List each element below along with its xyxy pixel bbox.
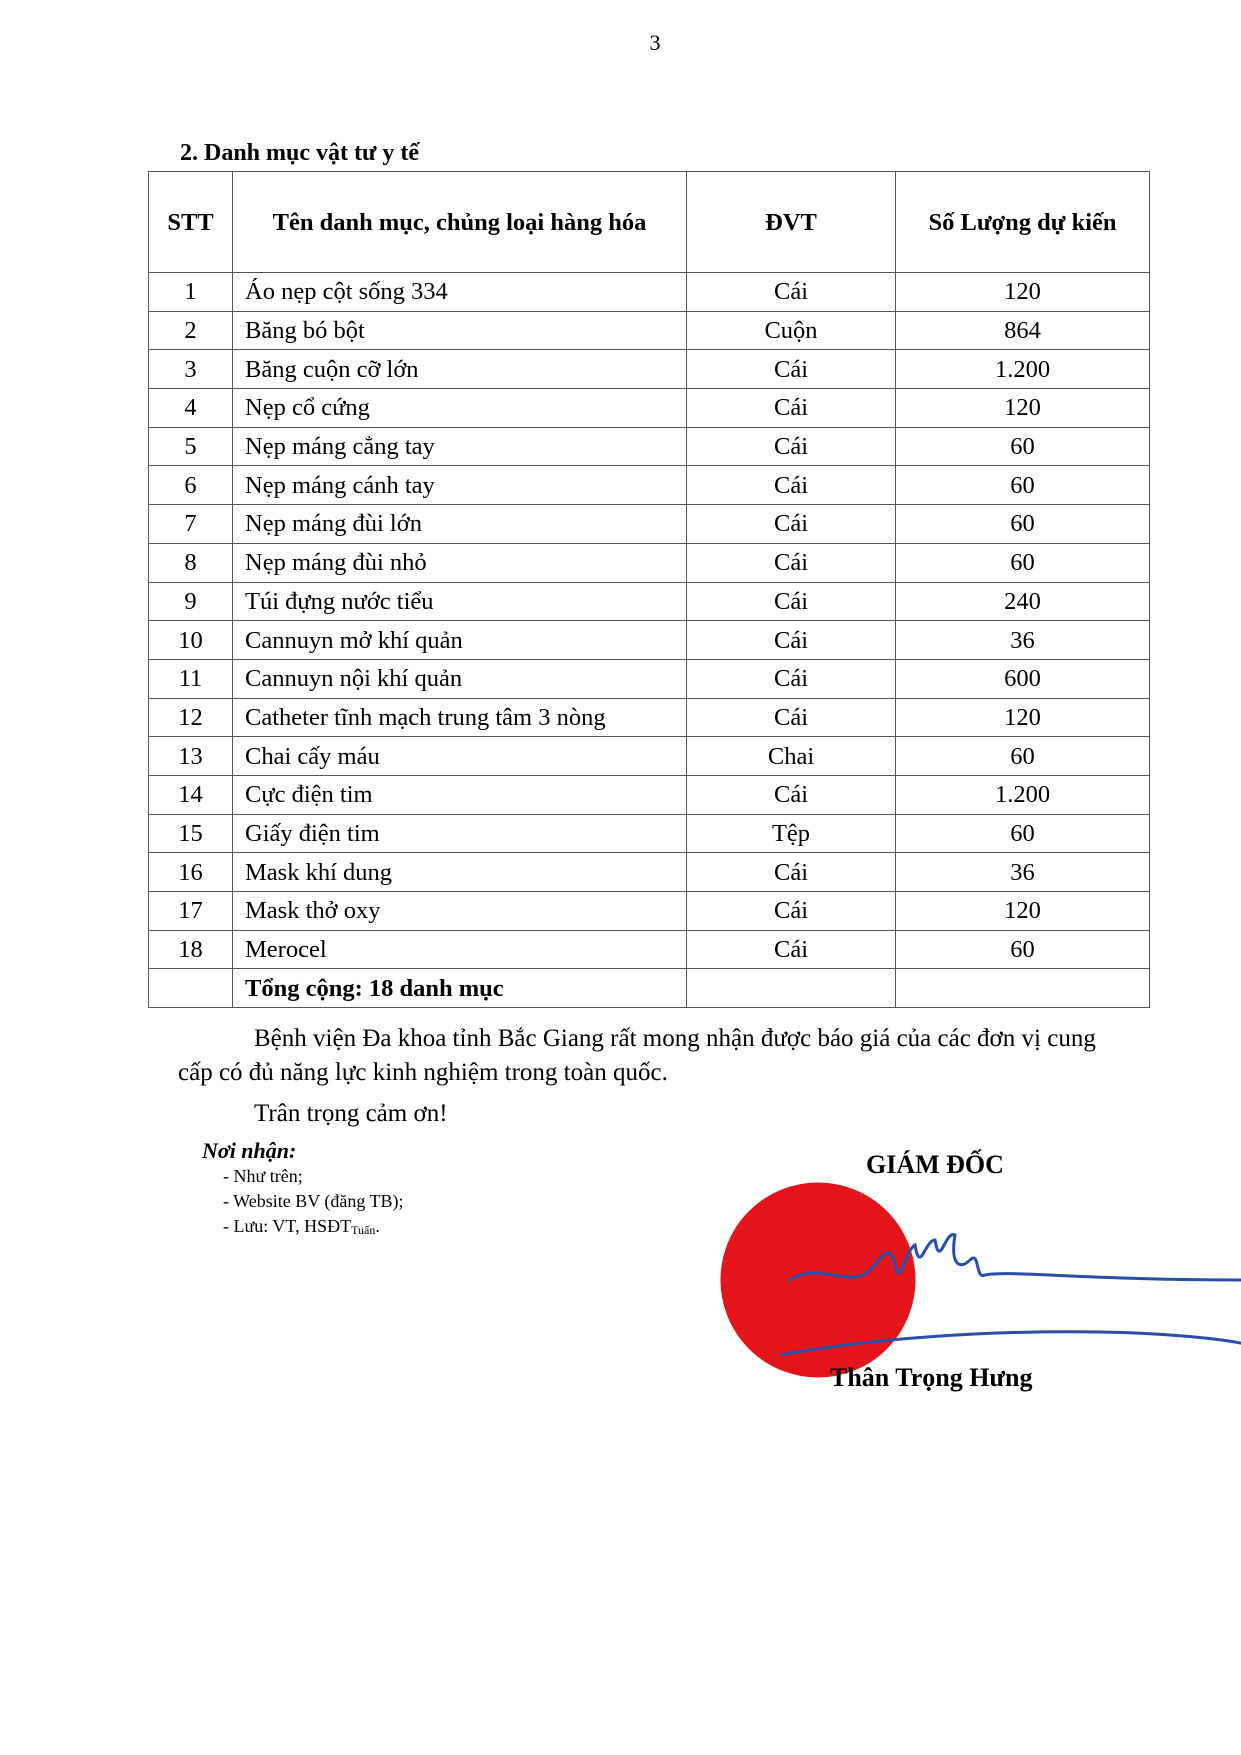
- row-unit: Cái: [687, 698, 896, 737]
- table-row: 7Nẹp máng đùi lớnCái60: [149, 505, 1150, 544]
- header-stt: STT: [149, 172, 233, 273]
- row-stt: 17: [149, 892, 233, 931]
- table-row: 10Cannuyn mở khí quảnCái36: [149, 621, 1150, 660]
- signer-position: GIÁM ĐỐC: [866, 1150, 1004, 1180]
- table-row: 2Băng bó bộtCuộn864: [149, 311, 1150, 350]
- row-quantity: 36: [896, 853, 1150, 892]
- row-quantity: 60: [896, 543, 1150, 582]
- row-item-name: Merocel: [233, 930, 687, 969]
- row-item-name: Băng bó bột: [233, 311, 687, 350]
- table-row: 1Áo nẹp cột sống 334Cái120: [149, 273, 1150, 312]
- row-quantity: 60: [896, 930, 1150, 969]
- row-stt: 16: [149, 853, 233, 892]
- medical-supplies-table: STT Tên danh mục, chủng loại hàng hóa ĐV…: [148, 171, 1150, 1008]
- table-row: 3Băng cuộn cỡ lớnCái1.200: [149, 350, 1150, 389]
- table-row: 16Mask khí dungCái36: [149, 853, 1150, 892]
- row-quantity: 60: [896, 466, 1150, 505]
- signature-icon: [780, 1220, 1241, 1360]
- row-stt: 18: [149, 930, 233, 969]
- total-label: Tổng cộng: 18 danh mục: [233, 969, 687, 1008]
- row-unit: Cái: [687, 659, 896, 698]
- table-row: 5Nẹp máng cẳng tayCái60: [149, 427, 1150, 466]
- table-total-row: Tổng cộng: 18 danh mục: [149, 969, 1150, 1008]
- row-quantity: 60: [896, 505, 1150, 544]
- row-unit: Cái: [687, 273, 896, 312]
- row-stt: 15: [149, 814, 233, 853]
- header-item-name: Tên danh mục, chủng loại hàng hóa: [233, 172, 687, 273]
- row-stt: 11: [149, 659, 233, 698]
- row-stt: 6: [149, 466, 233, 505]
- row-quantity: 60: [896, 737, 1150, 776]
- row-item-name: Nẹp máng cẳng tay: [233, 427, 687, 466]
- row-unit: Cái: [687, 892, 896, 931]
- row-quantity: 120: [896, 892, 1150, 931]
- row-unit: Cuộn: [687, 311, 896, 350]
- row-stt: 7: [149, 505, 233, 544]
- row-item-name: Áo nẹp cột sống 334: [233, 273, 687, 312]
- row-item-name: Cannuyn nội khí quản: [233, 659, 687, 698]
- row-unit: Cái: [687, 853, 896, 892]
- row-item-name: Nẹp máng đùi lớn: [233, 505, 687, 544]
- row-stt: 14: [149, 775, 233, 814]
- table-row: 13Chai cấy máuChai60: [149, 737, 1150, 776]
- table-row: 17Mask thở oxyCái120: [149, 892, 1150, 931]
- page-number: 3: [0, 30, 1241, 56]
- row-stt: 8: [149, 543, 233, 582]
- row-stt: 10: [149, 621, 233, 660]
- row-item-name: Nẹp máng đùi nhỏ: [233, 543, 687, 582]
- row-item-name: Băng cuộn cỡ lớn: [233, 350, 687, 389]
- row-unit: Cái: [687, 350, 896, 389]
- row-stt: 5: [149, 427, 233, 466]
- row-stt: 13: [149, 737, 233, 776]
- row-quantity: 1.200: [896, 775, 1150, 814]
- table-row: 18MerocelCái60: [149, 930, 1150, 969]
- recipient-item: - Lưu: VT, HSĐTTuấn.: [223, 1216, 380, 1238]
- row-unit: Cái: [687, 505, 896, 544]
- row-item-name: Chai cấy máu: [233, 737, 687, 776]
- recipient-subscript: Tuấn: [351, 1223, 375, 1237]
- row-quantity: 240: [896, 582, 1150, 621]
- header-unit: ĐVT: [687, 172, 896, 273]
- row-quantity: 60: [896, 814, 1150, 853]
- row-unit: Cái: [687, 389, 896, 428]
- row-quantity: 600: [896, 659, 1150, 698]
- row-unit: Cái: [687, 427, 896, 466]
- row-unit: Cái: [687, 543, 896, 582]
- closing-paragraph: Bệnh viện Đa khoa tỉnh Bắc Giang rất mon…: [178, 1022, 1118, 1090]
- header-quantity: Số Lượng dự kiến: [896, 172, 1150, 273]
- row-quantity: 36: [896, 621, 1150, 660]
- signer-name: Thân Trọng Hưng: [830, 1363, 1033, 1393]
- row-quantity: 60: [896, 427, 1150, 466]
- row-stt: 1: [149, 273, 233, 312]
- row-unit: Cái: [687, 775, 896, 814]
- row-stt: 4: [149, 389, 233, 428]
- table-row: 12Catheter tĩnh mạch trung tâm 3 nòngCái…: [149, 698, 1150, 737]
- section-heading: 2. Danh mục vật tư y tế: [180, 140, 419, 167]
- row-unit: Cái: [687, 582, 896, 621]
- row-quantity: 120: [896, 698, 1150, 737]
- row-unit: Tệp: [687, 814, 896, 853]
- row-quantity: 864: [896, 311, 1150, 350]
- row-item-name: Catheter tĩnh mạch trung tâm 3 nòng: [233, 698, 687, 737]
- table-row: 14Cực điện timCái1.200: [149, 775, 1150, 814]
- row-quantity: 120: [896, 389, 1150, 428]
- recipients-title: Nơi nhận:: [202, 1138, 296, 1164]
- row-stt: 2: [149, 311, 233, 350]
- row-item-name: Nẹp cổ cứng: [233, 389, 687, 428]
- row-item-name: Nẹp máng cánh tay: [233, 466, 687, 505]
- table-row: 9Túi đựng nước tiểuCái240: [149, 582, 1150, 621]
- row-item-name: Cannuyn mở khí quản: [233, 621, 687, 660]
- table-row: 8Nẹp máng đùi nhỏCái60: [149, 543, 1150, 582]
- row-item-name: Mask khí dung: [233, 853, 687, 892]
- row-unit: Cái: [687, 930, 896, 969]
- row-quantity: 120: [896, 273, 1150, 312]
- row-item-name: Cực điện tim: [233, 775, 687, 814]
- table-header-row: STT Tên danh mục, chủng loại hàng hóa ĐV…: [149, 172, 1150, 273]
- row-stt: 12: [149, 698, 233, 737]
- row-unit: Cái: [687, 621, 896, 660]
- row-stt: 9: [149, 582, 233, 621]
- row-stt: 3: [149, 350, 233, 389]
- table-row: 6Nẹp máng cánh tayCái60: [149, 466, 1150, 505]
- recipient-item: - Như trên;: [223, 1166, 303, 1187]
- row-quantity: 1.200: [896, 350, 1150, 389]
- row-unit: Chai: [687, 737, 896, 776]
- row-item-name: Mask thở oxy: [233, 892, 687, 931]
- recipient-item: - Website BV (đăng TB);: [223, 1191, 404, 1212]
- row-item-name: Giấy điện tim: [233, 814, 687, 853]
- table-row: 15Giấy điện timTệp60: [149, 814, 1150, 853]
- table-row: 4Nẹp cổ cứngCái120: [149, 389, 1150, 428]
- row-item-name: Túi đựng nước tiểu: [233, 582, 687, 621]
- row-unit: Cái: [687, 466, 896, 505]
- table-row: 11Cannuyn nội khí quảnCái600: [149, 659, 1150, 698]
- closing-thanks: Trân trọng cảm ơn!: [254, 1097, 448, 1131]
